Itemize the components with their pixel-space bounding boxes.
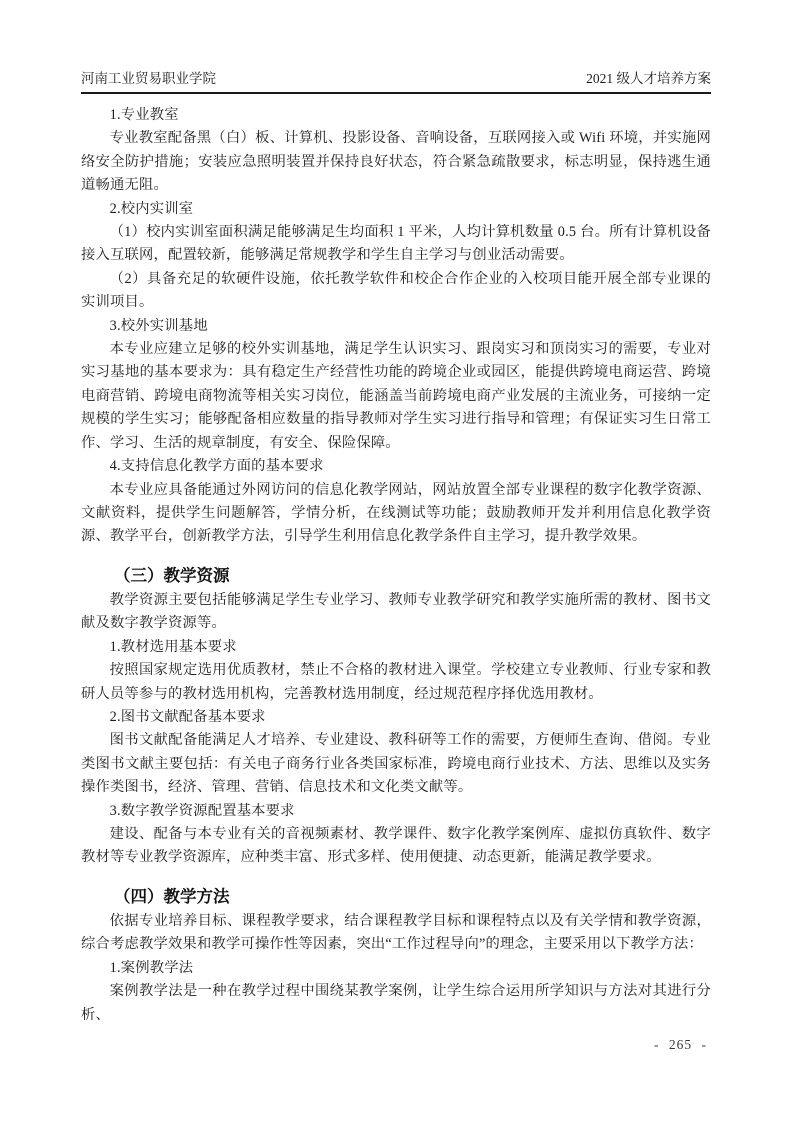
document-body: 1.专业教室 专业教室配备黑（白）板、计算机、投影设备、音响设备，互联网接入或 …	[81, 94, 711, 1027]
list-item-heading: 1.教材选用基本要求	[81, 636, 711, 659]
section-heading: （三）教学资源	[81, 563, 711, 589]
body-paragraph: 教学资源主要包括能够满足学生专业学习、教师专业教学研究和教学实施所需的教材、图书…	[81, 589, 711, 636]
document-page: 河南工业贸易职业学院 2021 级人才培养方案 1.专业教室 专业教室配备黑（白…	[0, 0, 793, 1122]
header-doc-title: 2021 级人才培养方案	[586, 70, 711, 88]
page-number: - 265 -	[654, 1037, 707, 1052]
body-paragraph: 专业教室配备黑（白）板、计算机、投影设备、音响设备，互联网接入或 Wifi 环境…	[81, 127, 711, 197]
section-heading: （四）教学方法	[81, 884, 711, 910]
list-item-heading: 1.案例教学法	[81, 957, 711, 980]
list-item-heading: 2.校内实训室	[81, 198, 711, 221]
page-header: 河南工业贸易职业学院 2021 级人才培养方案	[81, 70, 711, 94]
body-paragraph: （2）具备充足的软硬件设施，依托教学软件和校企合作企业的入校项目能开展全部专业课…	[81, 268, 711, 315]
body-paragraph: 案例教学法是一种在教学过程中围绕某教学案例，让学生综合运用所学知识与方法对其进行…	[81, 980, 711, 1027]
body-paragraph: 本专业应具备能通过外网访问的信息化教学网站，网站放置全部专业课程的数字化教学资源…	[81, 479, 711, 549]
list-item-heading: 4.支持信息化教学方面的基本要求	[81, 455, 711, 478]
body-paragraph: 依据专业培养目标、课程教学要求，结合课程教学目标和课程特点以及有关学情和教学资源…	[81, 910, 711, 957]
list-item-heading: 2.图书文献配备基本要求	[81, 706, 711, 729]
body-paragraph: 建设、配备与本专业有关的音视频素材、教学课件、数字化教学案例库、虚拟仿真软件、数…	[81, 823, 711, 870]
list-item-heading: 3.数字教学资源配置基本要求	[81, 800, 711, 823]
list-item-heading: 3.校外实训基地	[81, 315, 711, 338]
header-school-name: 河南工业贸易职业学院	[81, 70, 216, 88]
body-paragraph: 按照国家规定选用优质教材，禁止不合格的教材进入课堂。学校建立专业教师、行业专家和…	[81, 659, 711, 706]
page-footer: - 265 -	[654, 1036, 707, 1054]
body-paragraph: 本专业应建立足够的校外实训基地，满足学生认识实习、跟岗实习和顶岗实习的需要，专业…	[81, 338, 711, 455]
body-paragraph: （1）校内实训室面积满足能够满足生均面积 1 平米，人均计算机数量 0.5 台。…	[81, 221, 711, 268]
body-paragraph: 图书文献配备能满足人才培养、专业建设、教科研等工作的需要，方便师生查询、借阅。专…	[81, 729, 711, 799]
list-item-heading: 1.专业教室	[81, 104, 711, 127]
